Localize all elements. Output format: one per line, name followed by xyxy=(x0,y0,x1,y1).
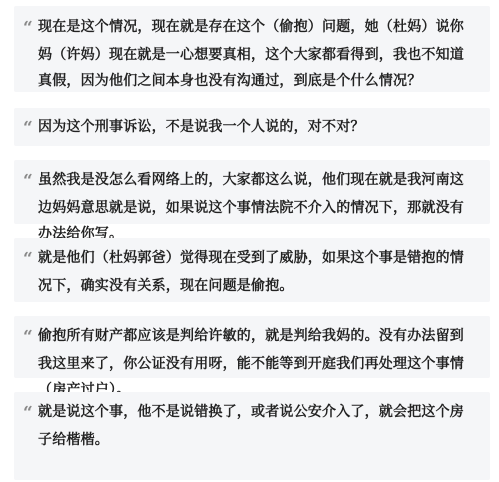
quote-paragraph: “就是他们（杜妈郭爸）觉得现在受到了威胁，如果这个事是错抱的情况下，确实没有关系… xyxy=(38,245,476,299)
quote-block-6: “就是说这个事，他不是说错换了，或者说公安介入了，就会把这个房子给楷楷。 xyxy=(14,392,490,480)
left-double-quote-icon: “ xyxy=(23,167,38,195)
quote-paragraph: “因为这个刑事诉讼，不是说我一个人说的，对不对？ xyxy=(38,114,476,142)
quote-block-5: “偷抱所有财产都应该是判给许敏的，就是判给我妈的。没有办法留到我这里来了，你公证… xyxy=(14,316,490,378)
quote-block-3: “虽然我是没怎么看网络上的，大家都这么说，他们现在就是我河南这边妈妈意思就是说，… xyxy=(14,160,490,224)
quote-paragraph: “就是说这个事，他不是说错换了，或者说公安介入了，就会把这个房子给楷楷。 xyxy=(38,399,476,453)
quote-paragraph: “偷抱所有财产都应该是判给许敏的，就是判给我妈的。没有办法留到我这里来了，你公证… xyxy=(38,323,476,403)
quote-paragraph: “虽然我是没怎么看网络上的，大家都这么说，他们现在就是我河南这边妈妈意思就是说，… xyxy=(38,167,476,247)
left-double-quote-icon: “ xyxy=(23,323,38,351)
quote-text: 就是他们（杜妈郭爸）觉得现在受到了威胁，如果这个事是错抱的情况下，确实没有关系，… xyxy=(38,250,464,294)
quote-text: 就是说这个事，他不是说错换了，或者说公安介入了，就会把这个房子给楷楷。 xyxy=(38,404,464,448)
left-double-quote-icon: “ xyxy=(23,114,38,142)
quote-block-1: “现在是这个情况，现在就是存在这个（偷抱）问题，她（杜妈）说你妈（许妈）现在就是… xyxy=(14,6,490,92)
quote-paragraph: “现在是这个情况，现在就是存在这个（偷抱）问题，她（杜妈）说你妈（许妈）现在就是… xyxy=(38,14,476,94)
left-double-quote-icon: “ xyxy=(23,245,38,273)
quote-block-4: “就是他们（杜妈郭爸）觉得现在受到了威胁，如果这个事是错抱的情况下，确实没有关系… xyxy=(14,238,490,302)
quote-text: 现在是这个情况，现在就是存在这个（偷抱）问题，她（杜妈）说你妈（许妈）现在就是一… xyxy=(38,19,464,89)
quote-block-2: “因为这个刑事诉讼，不是说我一个人说的，对不对？ xyxy=(14,108,490,146)
left-double-quote-icon: “ xyxy=(23,14,38,42)
quote-text: 偷抱所有财产都应该是判给许敏的，就是判给我妈的。没有办法留到我这里来了，你公证没… xyxy=(38,328,464,398)
left-double-quote-icon: “ xyxy=(23,399,38,427)
quote-text: 因为这个刑事诉讼，不是说我一个人说的，对不对？ xyxy=(38,119,365,135)
quote-text: 虽然我是没怎么看网络上的，大家都这么说，他们现在就是我河南这边妈妈意思就是说，如… xyxy=(38,172,464,242)
